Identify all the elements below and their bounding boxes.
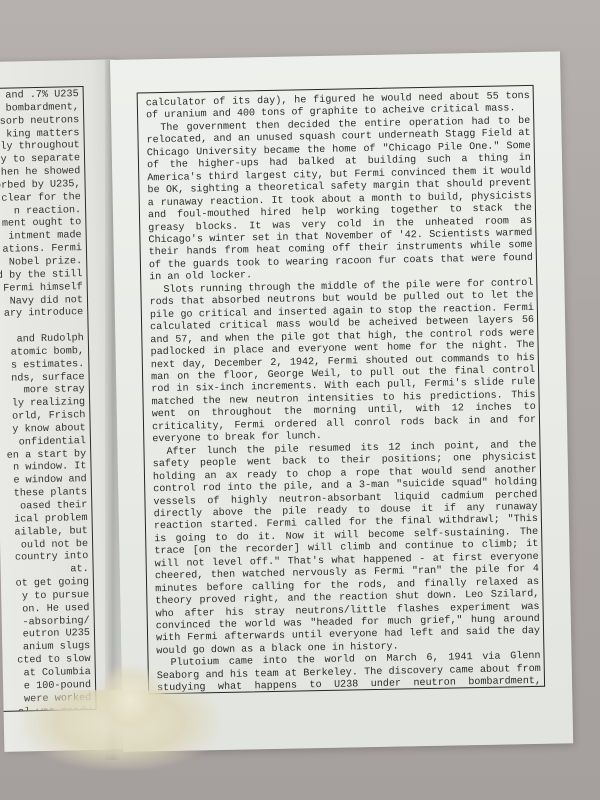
paragraph: After lunch the pile resumed its 12 inch… (152, 440, 540, 659)
right-page-text: calculator of its day), he figured he wo… (146, 91, 543, 694)
left-page-text-frame: and .7% U235 bombardment, sorb neutrons … (0, 86, 97, 712)
paper-crease-stain (95, 665, 165, 735)
paragraph: Plutoium came into the world on March 6,… (157, 651, 543, 694)
right-page: calculator of its day), he figured he wo… (110, 51, 573, 752)
paragraph: The government then decided the entire o… (146, 116, 533, 285)
left-page-text: and .7% U235 bombardment, sorb neutrons … (0, 89, 92, 712)
right-page-text-frame: calculator of its day), he figured he wo… (137, 85, 545, 695)
paragraph: Slots running through the middle of the … (149, 278, 536, 447)
